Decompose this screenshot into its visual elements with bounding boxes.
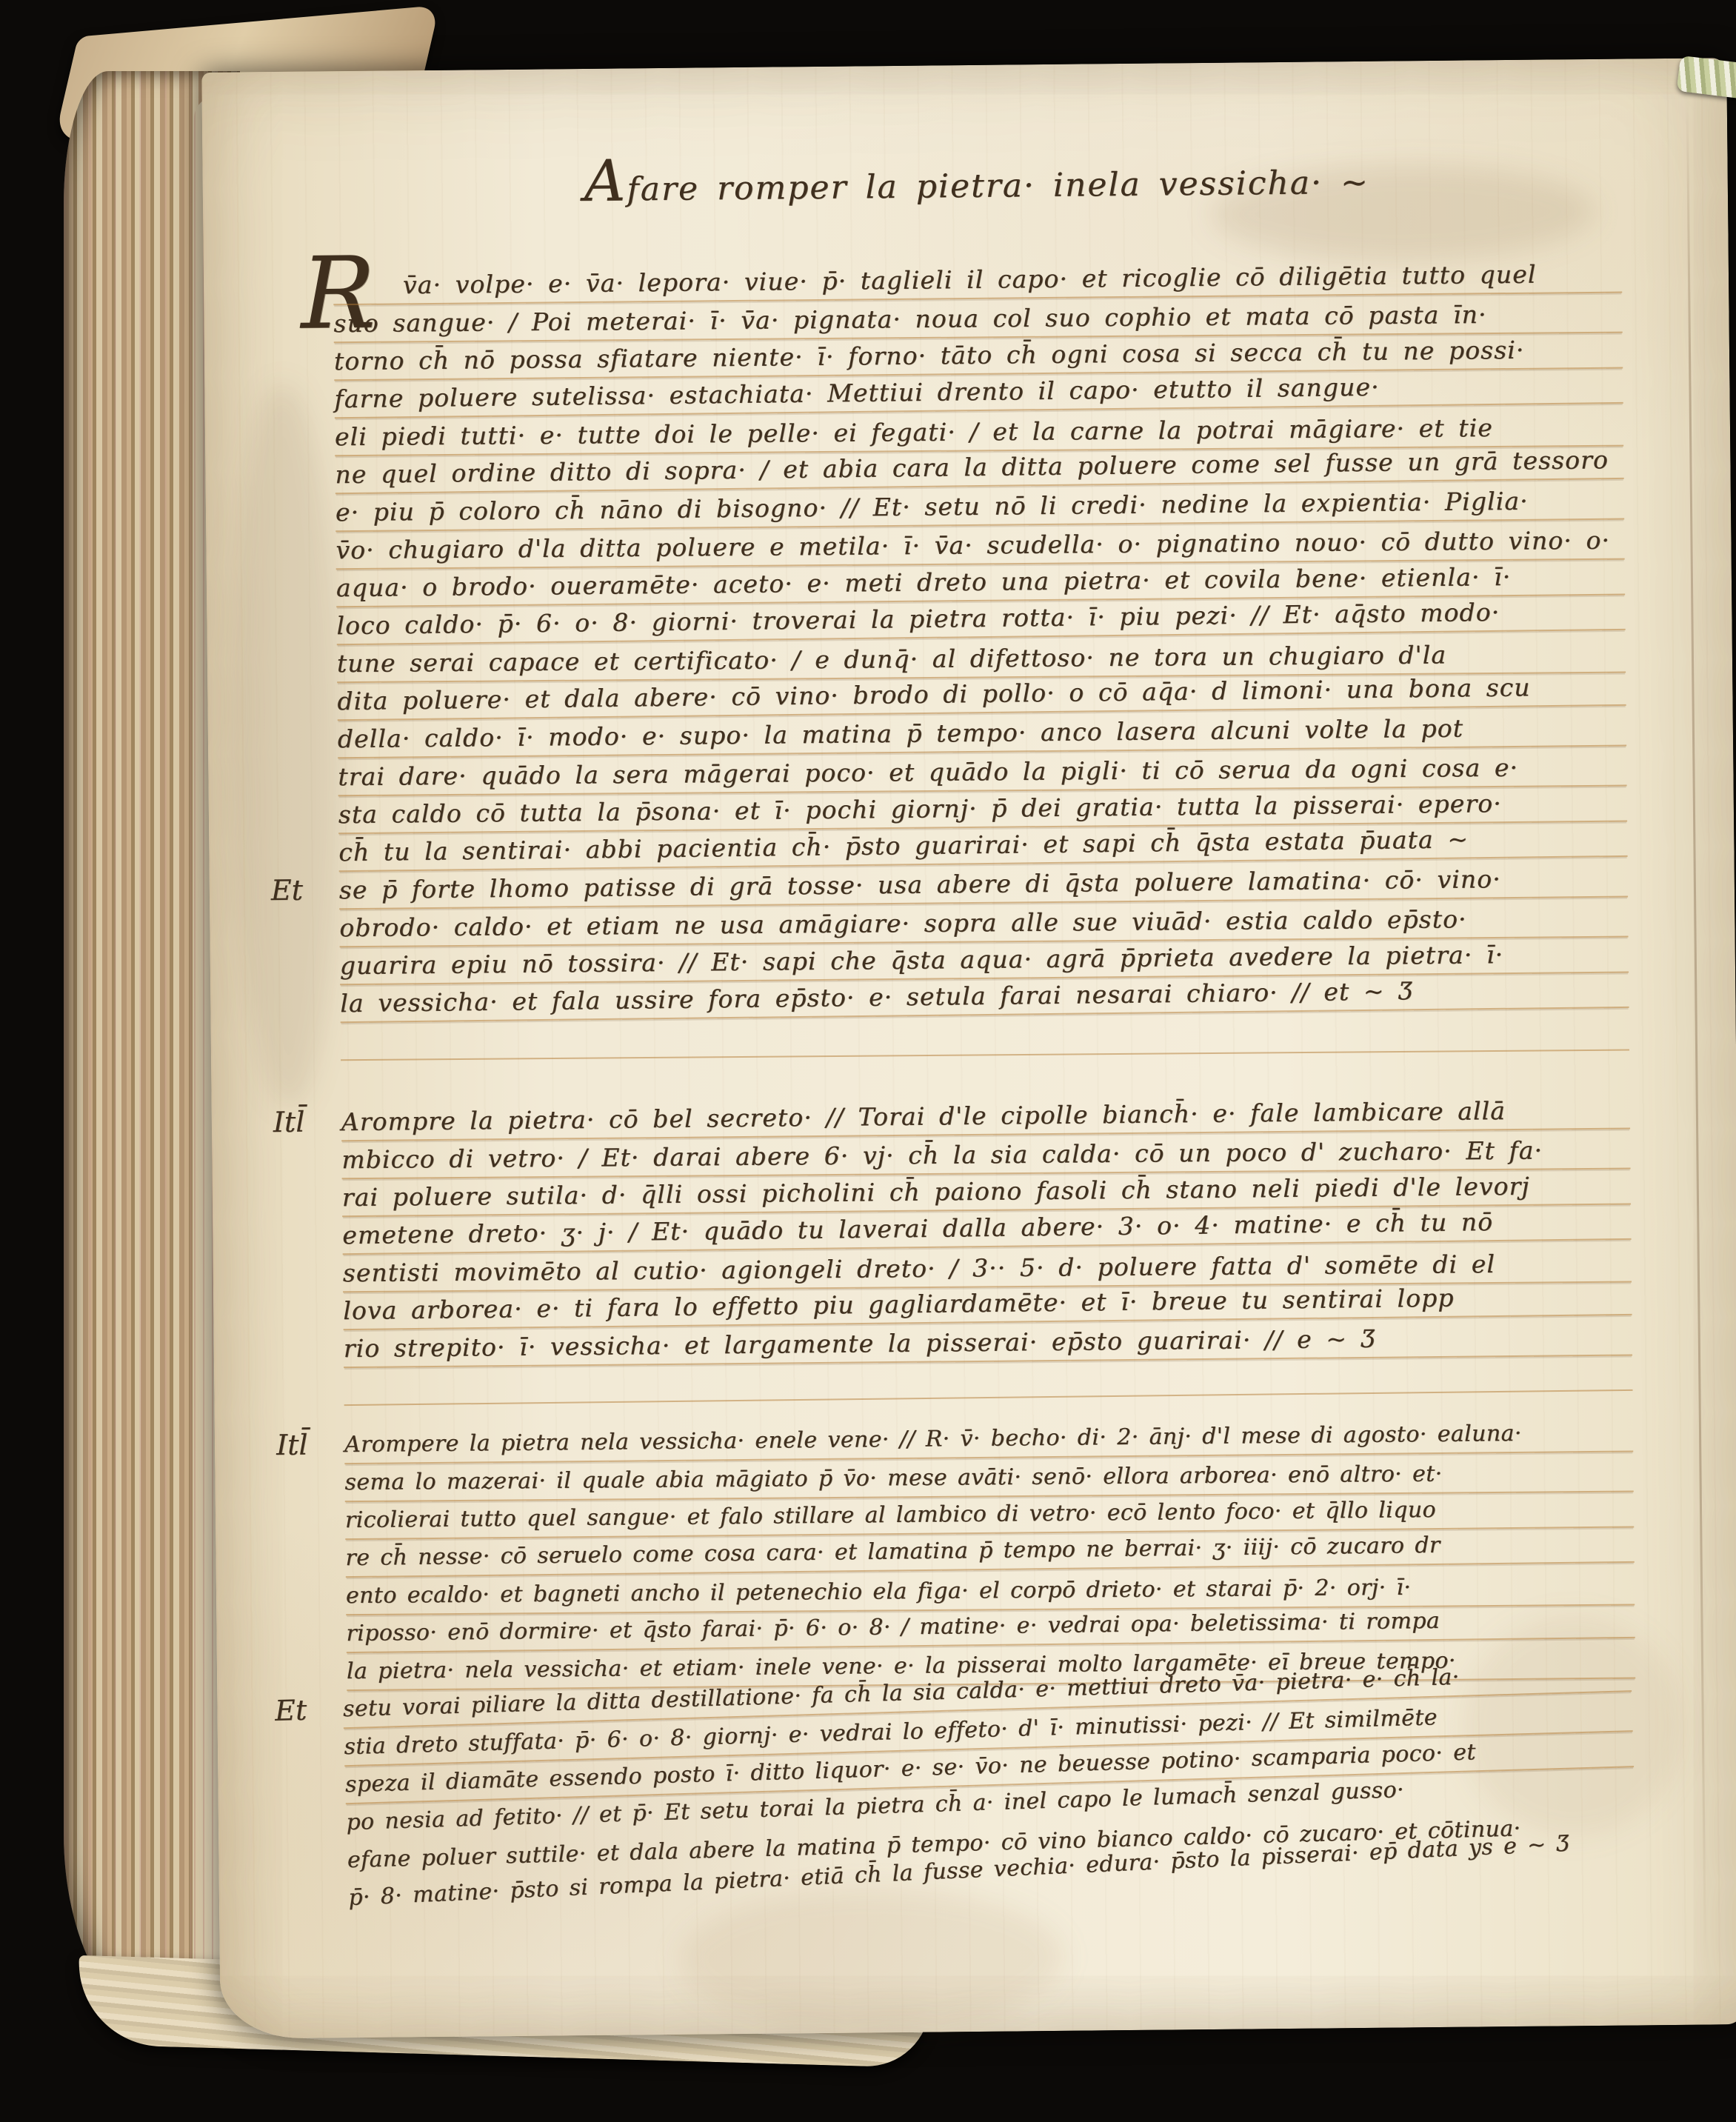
gutter-crease: [1686, 96, 1706, 1962]
page-title: Afare romper la pietra· inela vessicha· …: [332, 139, 1621, 218]
margin-marker: Itl̄: [276, 1427, 308, 1464]
manuscript-photo: Afare romper la pietra· inela vessicha· …: [0, 0, 1736, 2122]
margin-marker: Et: [271, 873, 303, 909]
paragraph-5: Etsetu vorai piliare la ditta destillati…: [342, 1654, 1637, 1918]
paragraph-4: Itl̄Arompere la pietra nela vessicha· en…: [344, 1414, 1635, 1691]
paper-stain: [227, 382, 344, 1109]
paragraph-1: Rv̄a· volpe· e· v̄a· lepora· viue· p̄· t…: [333, 256, 1628, 873]
text-block: Rv̄a· volpe· e· v̄a· lepora· viue· p̄· t…: [333, 256, 1637, 1918]
margin-marker: Et: [274, 1692, 307, 1729]
paragraph-2: Etse p̄ forte lhomo patisse di grā tosse…: [339, 860, 1629, 1024]
manuscript-page: Afare romper la pietra· inela vessicha· …: [201, 58, 1736, 2039]
margin-marker: Itl̄: [273, 1104, 305, 1141]
paragraph-3: Itl̄Arompre la pietra· cō bel secreto· /…: [341, 1091, 1632, 1368]
